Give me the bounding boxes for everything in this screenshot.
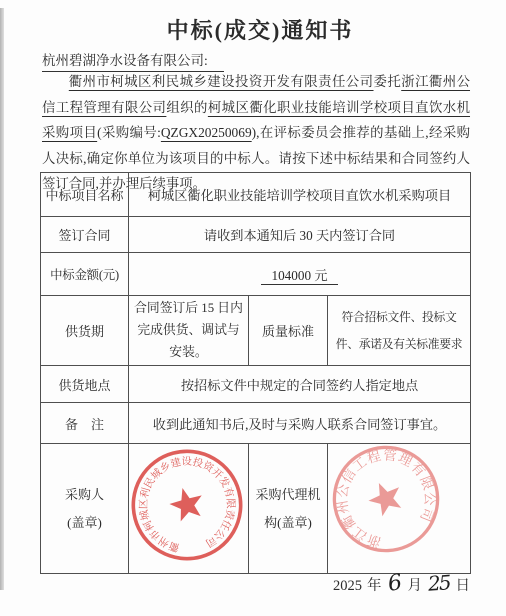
date-year-label: 年 [367,574,382,595]
paragraph-segment: QZGX20250069 [161,125,252,140]
paragraph-segment: 组织的 [166,100,207,115]
value-quality-standard: 符合招标文件、投标文件、承诺及有关标准要求 [328,296,471,366]
paragraph-segment: 委托 [374,74,402,89]
label-award-amount: 中标金额(元) [41,253,129,296]
date-year: 2025 [333,578,362,595]
label-remarks: 备 注 [41,403,129,444]
paragraph-segment: 衢州市柯城区利民城乡建设投资开发有限责任公司 [69,74,374,89]
document-page: 中标(成交)通知书 杭州碧湖净水设备有限公司: 衢州市柯城区利民城乡建设投资开发… [0,0,506,616]
label-contract-signing: 签订合同 [41,217,129,253]
label-delivery-period: 供货期 [41,296,129,366]
value-contract-signing: 请收到本通知后 30 天内签订合同 [129,217,471,253]
star-icon [364,476,407,519]
label-project-name: 中标项目名称 [41,173,129,217]
scan-edge-artifact [0,8,4,590]
value-delivery-place: 按招标文件中规定的合同签约人指定地点 [129,366,471,403]
value-project-name: 柯城区衢化职业技能培训学校项目直饮水机采购项目 [129,173,471,217]
value-delivery-period: 合同签订后 15 日内完成供货、调试与安装。 [129,296,249,366]
award-amount-underlined: 104000 元 [261,268,337,285]
date-month-label: 月 [408,574,423,595]
issue-date: 2025 年 6 月 25 日 [300,571,470,596]
date-day-label: 日 [456,574,471,595]
label-quality-standard: 质量标准 [249,296,328,366]
label-delivery-place: 供货地点 [41,366,129,403]
star-icon [166,484,207,523]
table-row-award-amount: 中标金额(元) 104000 元 [41,253,471,296]
date-day-handwritten: 25 [427,570,450,595]
table-row-contract-signing: 签订合同 请收到本通知后 30 天内签订合同 [41,217,471,253]
value-award-amount: 104000 元 [129,253,471,296]
table-row-project-name: 中标项目名称 柯城区衢化职业技能培训学校项目直饮水机采购项目 [41,173,471,217]
paragraph-segment: (采购编号: [97,125,161,140]
table-row-delivery-place: 供货地点 按招标文件中规定的合同签约人指定地点 [41,366,471,403]
page-title: 中标(成交)通知书 [7,14,506,45]
date-month-handwritten: 6 [386,570,403,597]
table-row-delivery-quality: 供货期 合同签订后 15 日内完成供货、调试与安装。 质量标准 符合招标文件、投… [41,296,471,366]
